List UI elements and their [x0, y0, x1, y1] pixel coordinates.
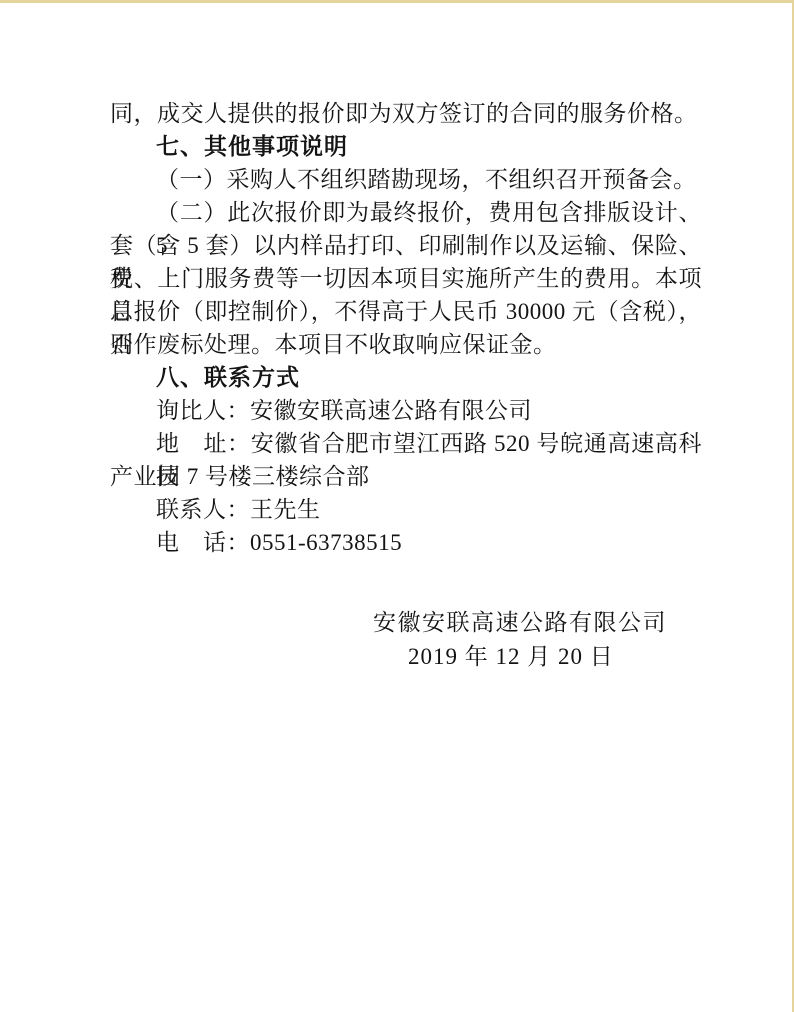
- document-line: 地 址：安徽省合肥市望江西路 520 号皖通高速高科技: [110, 427, 702, 460]
- document-body: 同，成交人提供的报价即为双方签订的合同的服务价格。七、其他事项说明（一）采购人不…: [110, 97, 702, 673]
- page-top-border: [0, 0, 794, 3]
- document-line: 费、上门服务费等一切因本项目实施所产生的费用。本项目: [110, 262, 702, 295]
- signature-company: 安徽安联高速公路有限公司: [110, 606, 702, 640]
- document-line: 套（含 5 套）以内样品打印、印刷制作以及运输、保险、税: [110, 229, 702, 262]
- signature-block: 安徽安联高速公路有限公司 2019 年 12 月 20 日: [110, 606, 702, 673]
- document-line: 电 话：0551-63738515: [110, 526, 702, 559]
- document-line: （二）此次报价即为最终报价，费用包含排版设计、5: [110, 196, 702, 229]
- document-line: 询比人：安徽安联高速公路有限公司: [110, 394, 702, 427]
- section-heading: 七、其他事项说明: [110, 130, 702, 163]
- section-heading: 八、联系方式: [110, 361, 702, 394]
- document-line: 同，成交人提供的报价即为双方签订的合同的服务价格。: [110, 97, 702, 130]
- document-line: 总报价（即控制价），不得高于人民币 30000 元（含税），否: [110, 295, 702, 328]
- document-line: （一）采购人不组织踏勘现场，不组织召开预备会。: [110, 163, 702, 196]
- document-page: 同，成交人提供的报价即为双方签订的合同的服务价格。七、其他事项说明（一）采购人不…: [0, 0, 794, 1012]
- signature-date: 2019 年 12 月 20 日: [110, 640, 702, 673]
- document-line: 则作废标处理。本项目不收取响应保证金。: [110, 328, 702, 361]
- document-line: 联系人：王先生: [110, 493, 702, 526]
- document-line: 产业园 7 号楼三楼综合部: [110, 460, 702, 493]
